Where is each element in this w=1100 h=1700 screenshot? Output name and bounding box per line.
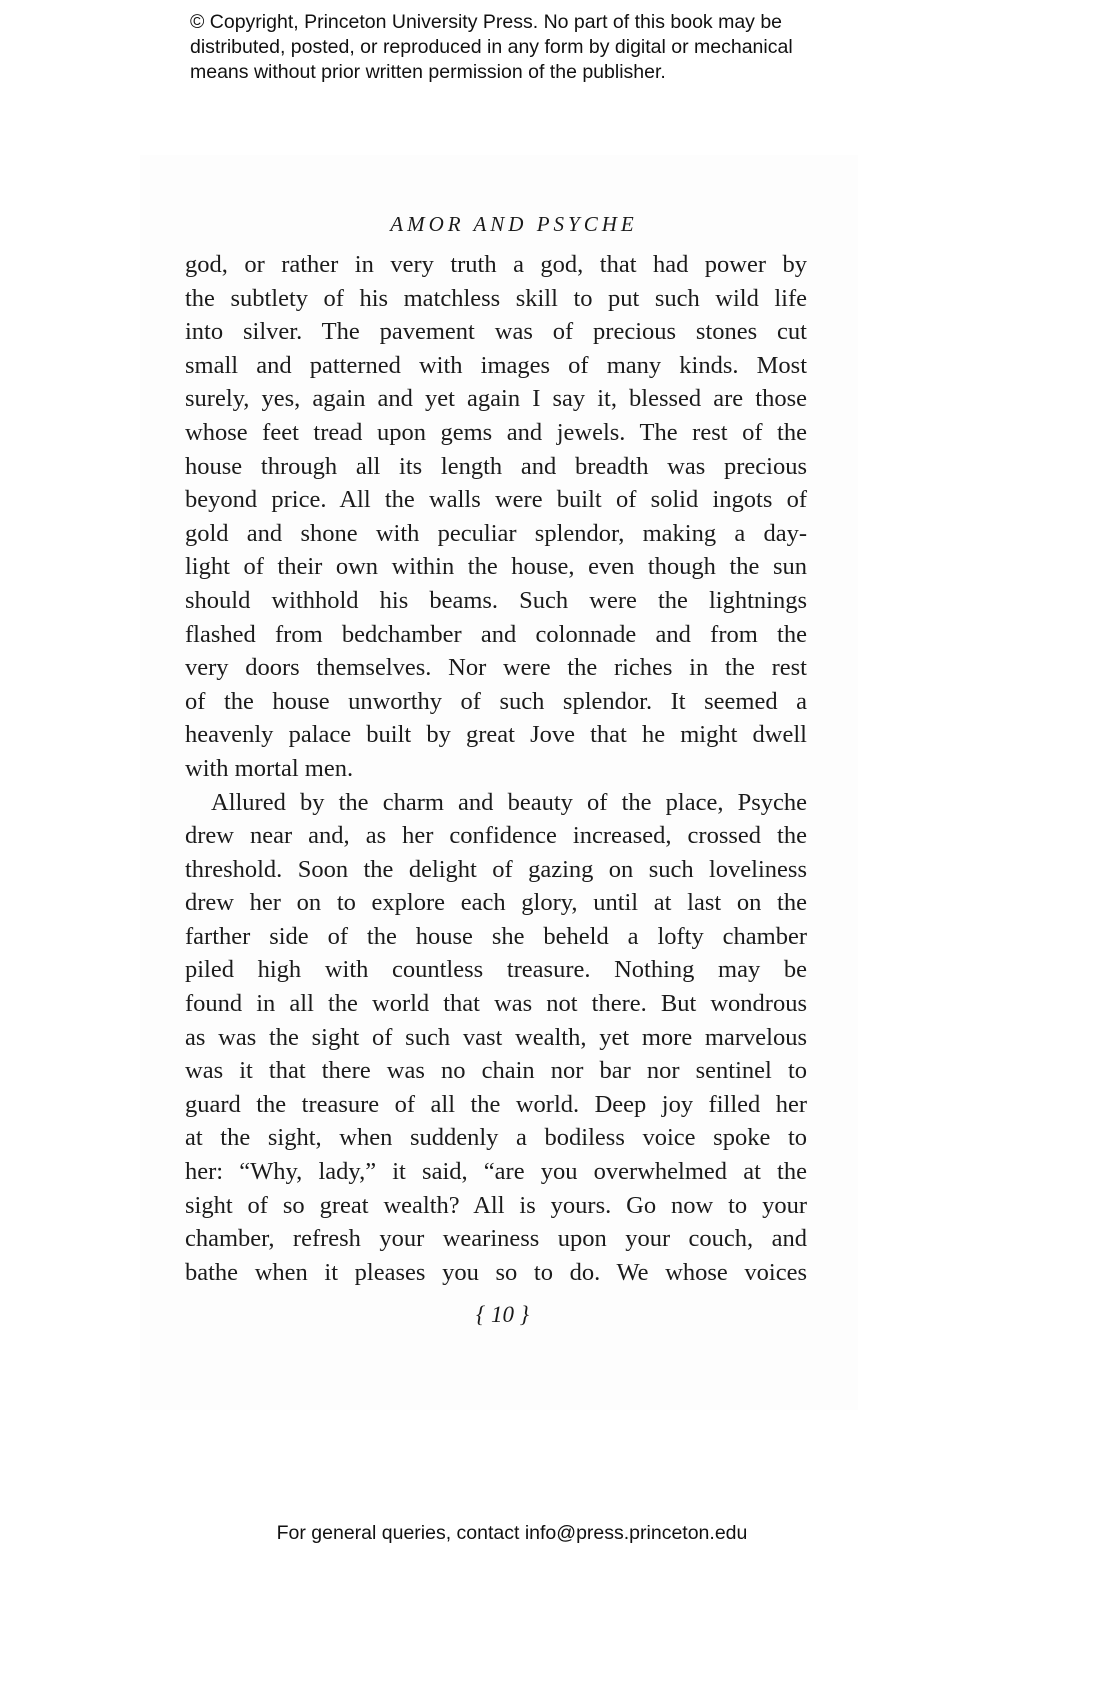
running-head: AMOR AND PSYCHE [0,212,1024,237]
text-line: guard the treasure of all the world. Dee… [185,1088,807,1122]
text-line: the subtlety of his matchless skill to p… [185,282,807,316]
text-line: bathe when it pleases you so to do. We w… [185,1256,807,1290]
text-line: should withhold his beams. Such were the… [185,584,807,618]
text-line: of the house unworthy of such splendor. … [185,685,807,719]
text-line: piled high with countless treasure. Noth… [185,953,807,987]
text-line: at the sight, when suddenly a bodiless v… [185,1121,807,1155]
text-line: drew her on to explore each glory, until… [185,886,807,920]
copyright-line: © Copyright, Princeton University Press.… [190,10,870,35]
paragraph-2: Allured by the charm and beauty of the p… [185,786,807,1290]
text-line: Allured by the charm and beauty of the p… [185,786,807,820]
text-line: was it that there was no chain nor bar n… [185,1054,807,1088]
text-line: gold and shone with peculiar splendor, m… [185,517,807,551]
text-line: threshold. Soon the delight of gazing on… [185,853,807,887]
text-line: god, or rather in very truth a god, that… [185,248,807,282]
text-line: heavenly palace built by great Jove that… [185,718,807,752]
text-line: whose feet tread upon gems and jewels. T… [185,416,807,450]
body-text: god, or rather in very truth a god, that… [185,248,807,1289]
text-line: drew near and, as her confidence increas… [185,819,807,853]
text-line: sight of so great wealth? All is yours. … [185,1189,807,1223]
copyright-line: distributed, posted, or reproduced in an… [190,35,870,60]
text-line: house through all its length and breadth… [185,450,807,484]
text-line: farther side of the house she beheld a l… [185,920,807,954]
text-line: with mortal men. [185,752,807,786]
footer-contact: For general queries, contact info@press.… [0,1522,1024,1545]
text-line: small and patterned with images of many … [185,349,807,383]
copyright-line: means without prior written permission o… [190,60,870,85]
text-line: into silver. The pavement was of preciou… [185,315,807,349]
text-line: as was the sight of such vast wealth, ye… [185,1021,807,1055]
text-line: light of their own within the house, eve… [185,550,807,584]
text-line: flashed from bedchamber and colonnade an… [185,618,807,652]
text-line: very doors themselves. Nor were the rich… [185,651,807,685]
page-number: { 10 } [0,1302,1005,1328]
copyright-notice: © Copyright, Princeton University Press.… [190,10,870,85]
text-line: chamber, refresh your weariness upon you… [185,1222,807,1256]
text-line: her: “Why, lady,” it said, “are you over… [185,1155,807,1189]
paragraph-1: god, or rather in very truth a god, that… [185,248,807,786]
text-line: found in all the world that was not ther… [185,987,807,1021]
text-line: surely, yes, again and yet again I say i… [185,382,807,416]
text-line: beyond price. All the walls were built o… [185,483,807,517]
